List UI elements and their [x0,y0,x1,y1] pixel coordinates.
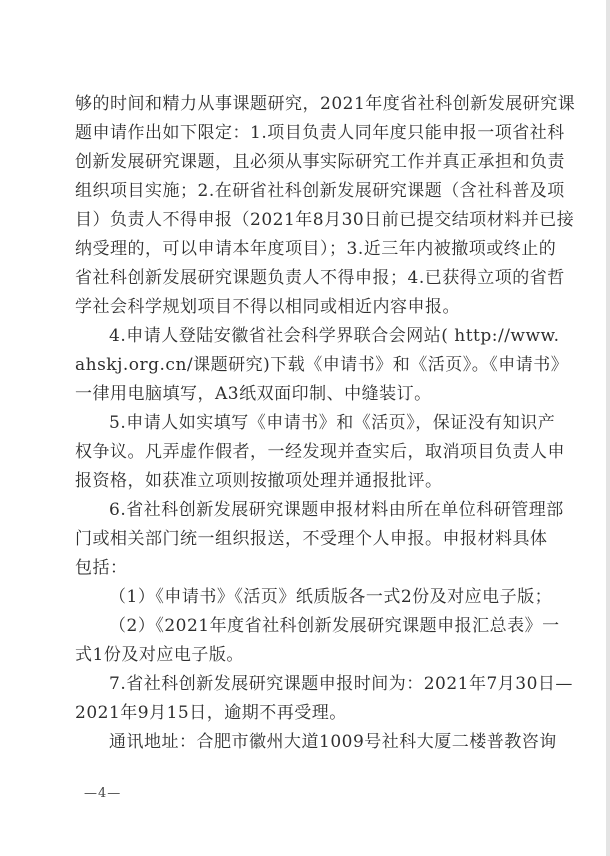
text-line: 权争议。凡弄虚作假者，一经发现并查实后，取消项目负责人申 [75,438,537,467]
text-line: 目）负责人不得申报（2021年8月30日前已提交结项材料并已接 [75,206,537,235]
text-line: 一律用电脑填写，A3纸双面印制、中缝装订。 [75,380,537,409]
text-line-address: 通讯地址：合肥市徽州大道1009号社科大厦二楼普教咨询 [75,728,537,757]
text-line: 够的时间和精力从事课题研究，2021年度省社科创新发展研究课 [75,90,537,119]
text-line-subitem-2: （2）《2021年度省社科创新发展研究课题申报汇总表》一 [75,612,537,641]
text-line: 创新发展研究课题，且必须从事实际研究工作并真正承担和负责 [75,148,537,177]
document-body: 够的时间和精力从事课题研究，2021年度省社科创新发展研究课 题申请作出如下限定… [75,90,537,757]
text-line-item-4: 4.申请人登陆安徽省社会科学界联合会网站( http://www. [75,322,537,351]
text-line-item-7: 7.省社科创新发展研究课题申报时间为：2021年7月30日— [75,670,537,699]
text-line: 学社会科学规划项目不得以相同或相近内容申报。 [75,293,537,322]
text-line-item-6: 6.省社科创新发展研究课题申报材料由所在单位科研管理部 [75,496,537,525]
page-edge-divider [606,0,610,856]
text-line: 纳受理的，可以申请本年度项目）；3.近三年内被撤项或终止的 [75,235,537,264]
text-line: 省社科创新发展研究课题负责人不得申报；4.已获得立项的省哲 [75,264,537,293]
text-line-subitem-1: （1）《申请书》《活页》纸质版各一式2份及对应电子版； [75,583,537,612]
page-number: —4— [84,786,121,801]
text-line: 2021年9月15日，逾期不再受理。 [75,699,537,728]
text-line: 题申请作出如下限定：1.项目负责人同年度只能申报一项省社科 [75,119,537,148]
text-line: 门或相关部门统一组织报送，不受理个人申报。申报材料具体 [75,525,537,554]
document-page: 够的时间和精力从事课题研究，2021年度省社科创新发展研究课 题申请作出如下限定… [0,0,606,856]
text-line: 报资格，如获准立项则按撤项处理并通报批评。 [75,467,537,496]
text-line: 包括： [75,554,537,583]
text-line: 式1份及对应电子版。 [75,641,537,670]
text-line-item-5: 5.申请人如实填写《申请书》和《活页》，保证没有知识产 [75,409,537,438]
text-line: ahskj.org.cn/课题研究)下载《申请书》和《活页》。《申请书》 [75,351,537,380]
text-line: 组织项目实施；2.在研省社科创新发展研究课题（含社科普及项 [75,177,537,206]
